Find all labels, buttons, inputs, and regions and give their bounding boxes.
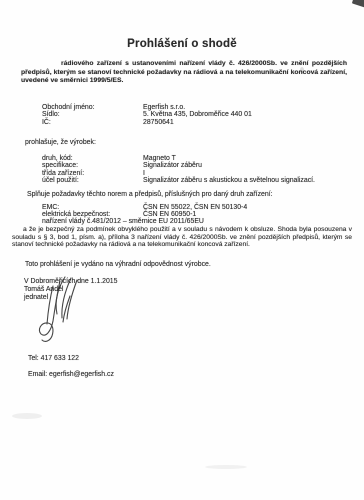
product-purpose-value: Signalizátor záběru s akustickou a světe… — [143, 177, 354, 184]
responsibility-line: Toto prohlášení je vydáno na výhradní od… — [25, 261, 211, 268]
company-address-value: 5. Května 435, Dobroměřice 440 01 — [143, 111, 342, 118]
phone-line: Tel: 417 633 122 — [28, 355, 79, 362]
document-title: Prohlášení o shodě — [0, 38, 364, 50]
email-line: Email: egerfish@egerfish.cz — [28, 371, 114, 378]
product-spec-value: Signalizátor záběru — [143, 162, 354, 169]
compliance-intro-line: Splňuje požadavky těchto norem a předpis… — [27, 191, 273, 198]
declaration-line: prohlašuje, že výrobek: — [25, 139, 96, 146]
product-row: specifikace: Signalizátor záběru — [42, 162, 354, 169]
norms-block: EMC: ČSN EN 55022, ČSN EN 50130-4 elektr… — [42, 204, 342, 219]
scan-corner-artifact — [352, 0, 364, 8]
scanned-document-page: Prohlášení o shodě rádiového zařízení s … — [0, 0, 364, 500]
company-address-label: Sídlo: — [42, 111, 143, 118]
scan-smudge — [205, 465, 247, 469]
company-id-value: 28750641 — [143, 119, 342, 126]
handwritten-signature — [26, 274, 88, 344]
product-spec-label: specifikace: — [42, 162, 143, 169]
conformity-paragraph: a že je bezpečný za podmínek obvyklého p… — [12, 226, 352, 249]
company-row: Sídlo: 5. Května 435, Dobroměřice 440 01 — [42, 111, 342, 118]
product-row: účel použití: Signalizátor záběru s akus… — [42, 177, 354, 184]
product-purpose-label: účel použití: — [42, 177, 143, 184]
company-id-label: IČ: — [42, 119, 143, 126]
company-row: IČ: 28750641 — [42, 119, 342, 126]
intro-paragraph: rádiového zařízení s ustanoveními naříze… — [21, 60, 347, 86]
product-info-block: druh, kód: Magneto T specifikace: Signal… — [42, 155, 354, 185]
company-info-block: Obchodní jméno: Egerfish s.r.o. Sídlo: 5… — [42, 104, 342, 126]
scan-smudge — [12, 413, 42, 419]
directive-line: nařízení vlády č.481/2012 – směrnice EU … — [42, 218, 204, 225]
